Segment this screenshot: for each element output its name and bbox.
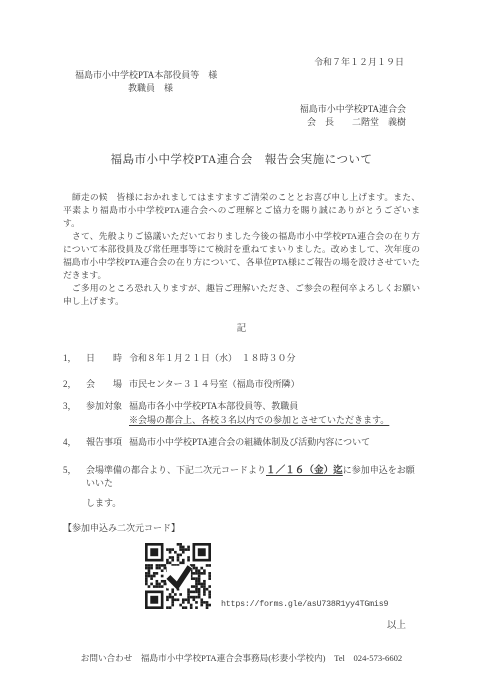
qr-form-url: https://forms.gle/asU738R1yy4TGmis9 xyxy=(221,600,388,609)
item-label: 日 時 xyxy=(86,352,124,365)
item-value: 福島市小中学校PTA連合会の組織体制及び活動内容について xyxy=(129,436,420,449)
document-page: 令和７年１２月１９日 福島市小中学校PTA本部役員等 様 教職員 様 福島市小中… xyxy=(0,0,480,679)
paragraph-greeting: 師走の候 皆様におかれましてはますますご清栄のこととお喜び申し上げます。また、平… xyxy=(63,191,420,230)
item-value: 市民センター３１４号室（福島市役所隣） xyxy=(129,378,420,391)
qr-code xyxy=(145,543,211,609)
item-number: 3， xyxy=(63,400,86,426)
recipient-block: 福島市小中学校PTA本部役員等 様 教職員 様 xyxy=(63,69,420,95)
list-item-datetime: 1， 日 時 令和８年１月２１日（水） １８時３０分 xyxy=(63,352,420,365)
closing-ijou: 以上 xyxy=(63,620,406,632)
details-list: 1， 日 時 令和８年１月２１日（水） １８時３０分 2， 会 場 市民センター… xyxy=(63,352,420,509)
qr-section: https://forms.gle/asU738R1yy4TGmis9 xyxy=(145,543,420,609)
list-item-participants: 3， 参加対象 福島市各小中学校PTA本部役員等、教職員 ※会場の都合上、各校３… xyxy=(63,400,420,426)
contact-footer: お問い合わせ 福島市小中学校PTA連合会事務局(杉妻小学校内) Tel 024-… xyxy=(63,652,420,664)
ki-marker: 記 xyxy=(63,323,420,335)
sender-person: 会 長 二階堂 義樹 xyxy=(63,116,406,129)
list-item-agenda: 4， 報告事項 福島市小中学校PTA連合会の組織体制及び活動内容について xyxy=(63,436,420,449)
item-number: 4， xyxy=(63,436,86,449)
item-number: 2， xyxy=(63,378,86,391)
item-value: 令和８年１月２１日（水） １８時３０分 xyxy=(129,352,420,365)
item-label: 参加対象 xyxy=(86,400,124,426)
sender-organization: 福島市小中学校PTA連合会 xyxy=(63,103,406,116)
item-value: 福島市各小中学校PTA本部役員等、教職員 ※会場の都合上、各校３名以内での参加と… xyxy=(129,400,420,426)
list-item-venue: 2， 会 場 市民センター３１４号室（福島市役所隣） xyxy=(63,378,420,391)
item-value: 会場準備の都合より、下記二次元コードより１／１６（金）迄に参加申込をお願いいた … xyxy=(86,464,420,510)
recipient-line-1: 福島市小中学校PTA本部役員等 様 xyxy=(75,69,420,82)
participants-text: 福島市各小中学校PTA本部役員等、教職員 xyxy=(129,401,298,411)
paragraph-main: さて、先般よりご協議いただいておりました今後の福島市小中学校PTA連合会の在り方… xyxy=(63,230,420,282)
application-text-line2: します。 xyxy=(86,497,420,510)
qr-code-image xyxy=(145,543,211,609)
paragraph-request: ご多用のところ恐れ入りますが、趣旨ご理解いただき、ご参会の程何卒よろしくお願い申… xyxy=(63,282,420,308)
item-number: 1， xyxy=(63,352,86,365)
body-text: 師走の候 皆様におかれましてはますますご清栄のこととお喜び申し上げます。また、平… xyxy=(63,191,420,308)
item-label: 報告事項 xyxy=(86,436,124,449)
application-text-before: 会場準備の都合より、下記二次元コードより xyxy=(86,465,266,475)
document-date: 令和７年１２月１９日 xyxy=(63,56,404,68)
sender-block: 福島市小中学校PTA連合会 会 長 二階堂 義樹 xyxy=(63,103,406,128)
item-number: 5， xyxy=(63,464,86,510)
recipient-line-2: 教職員 様 xyxy=(128,82,420,95)
document-title: 福島市小中学校PTA連合会 報告会実施について xyxy=(63,153,420,168)
item-label: 会 場 xyxy=(86,378,124,391)
qr-section-label: 【参加申込み二次元コード】 xyxy=(63,522,420,534)
participants-note: ※会場の都合上、各校３名以内での参加とさせていただきます。 xyxy=(129,414,389,427)
list-item-application: 5， 会場準備の都合より、下記二次元コードより１／１６（金）迄に参加申込をお願い… xyxy=(63,464,420,510)
application-deadline: １／１６（金）迄 xyxy=(266,465,343,476)
